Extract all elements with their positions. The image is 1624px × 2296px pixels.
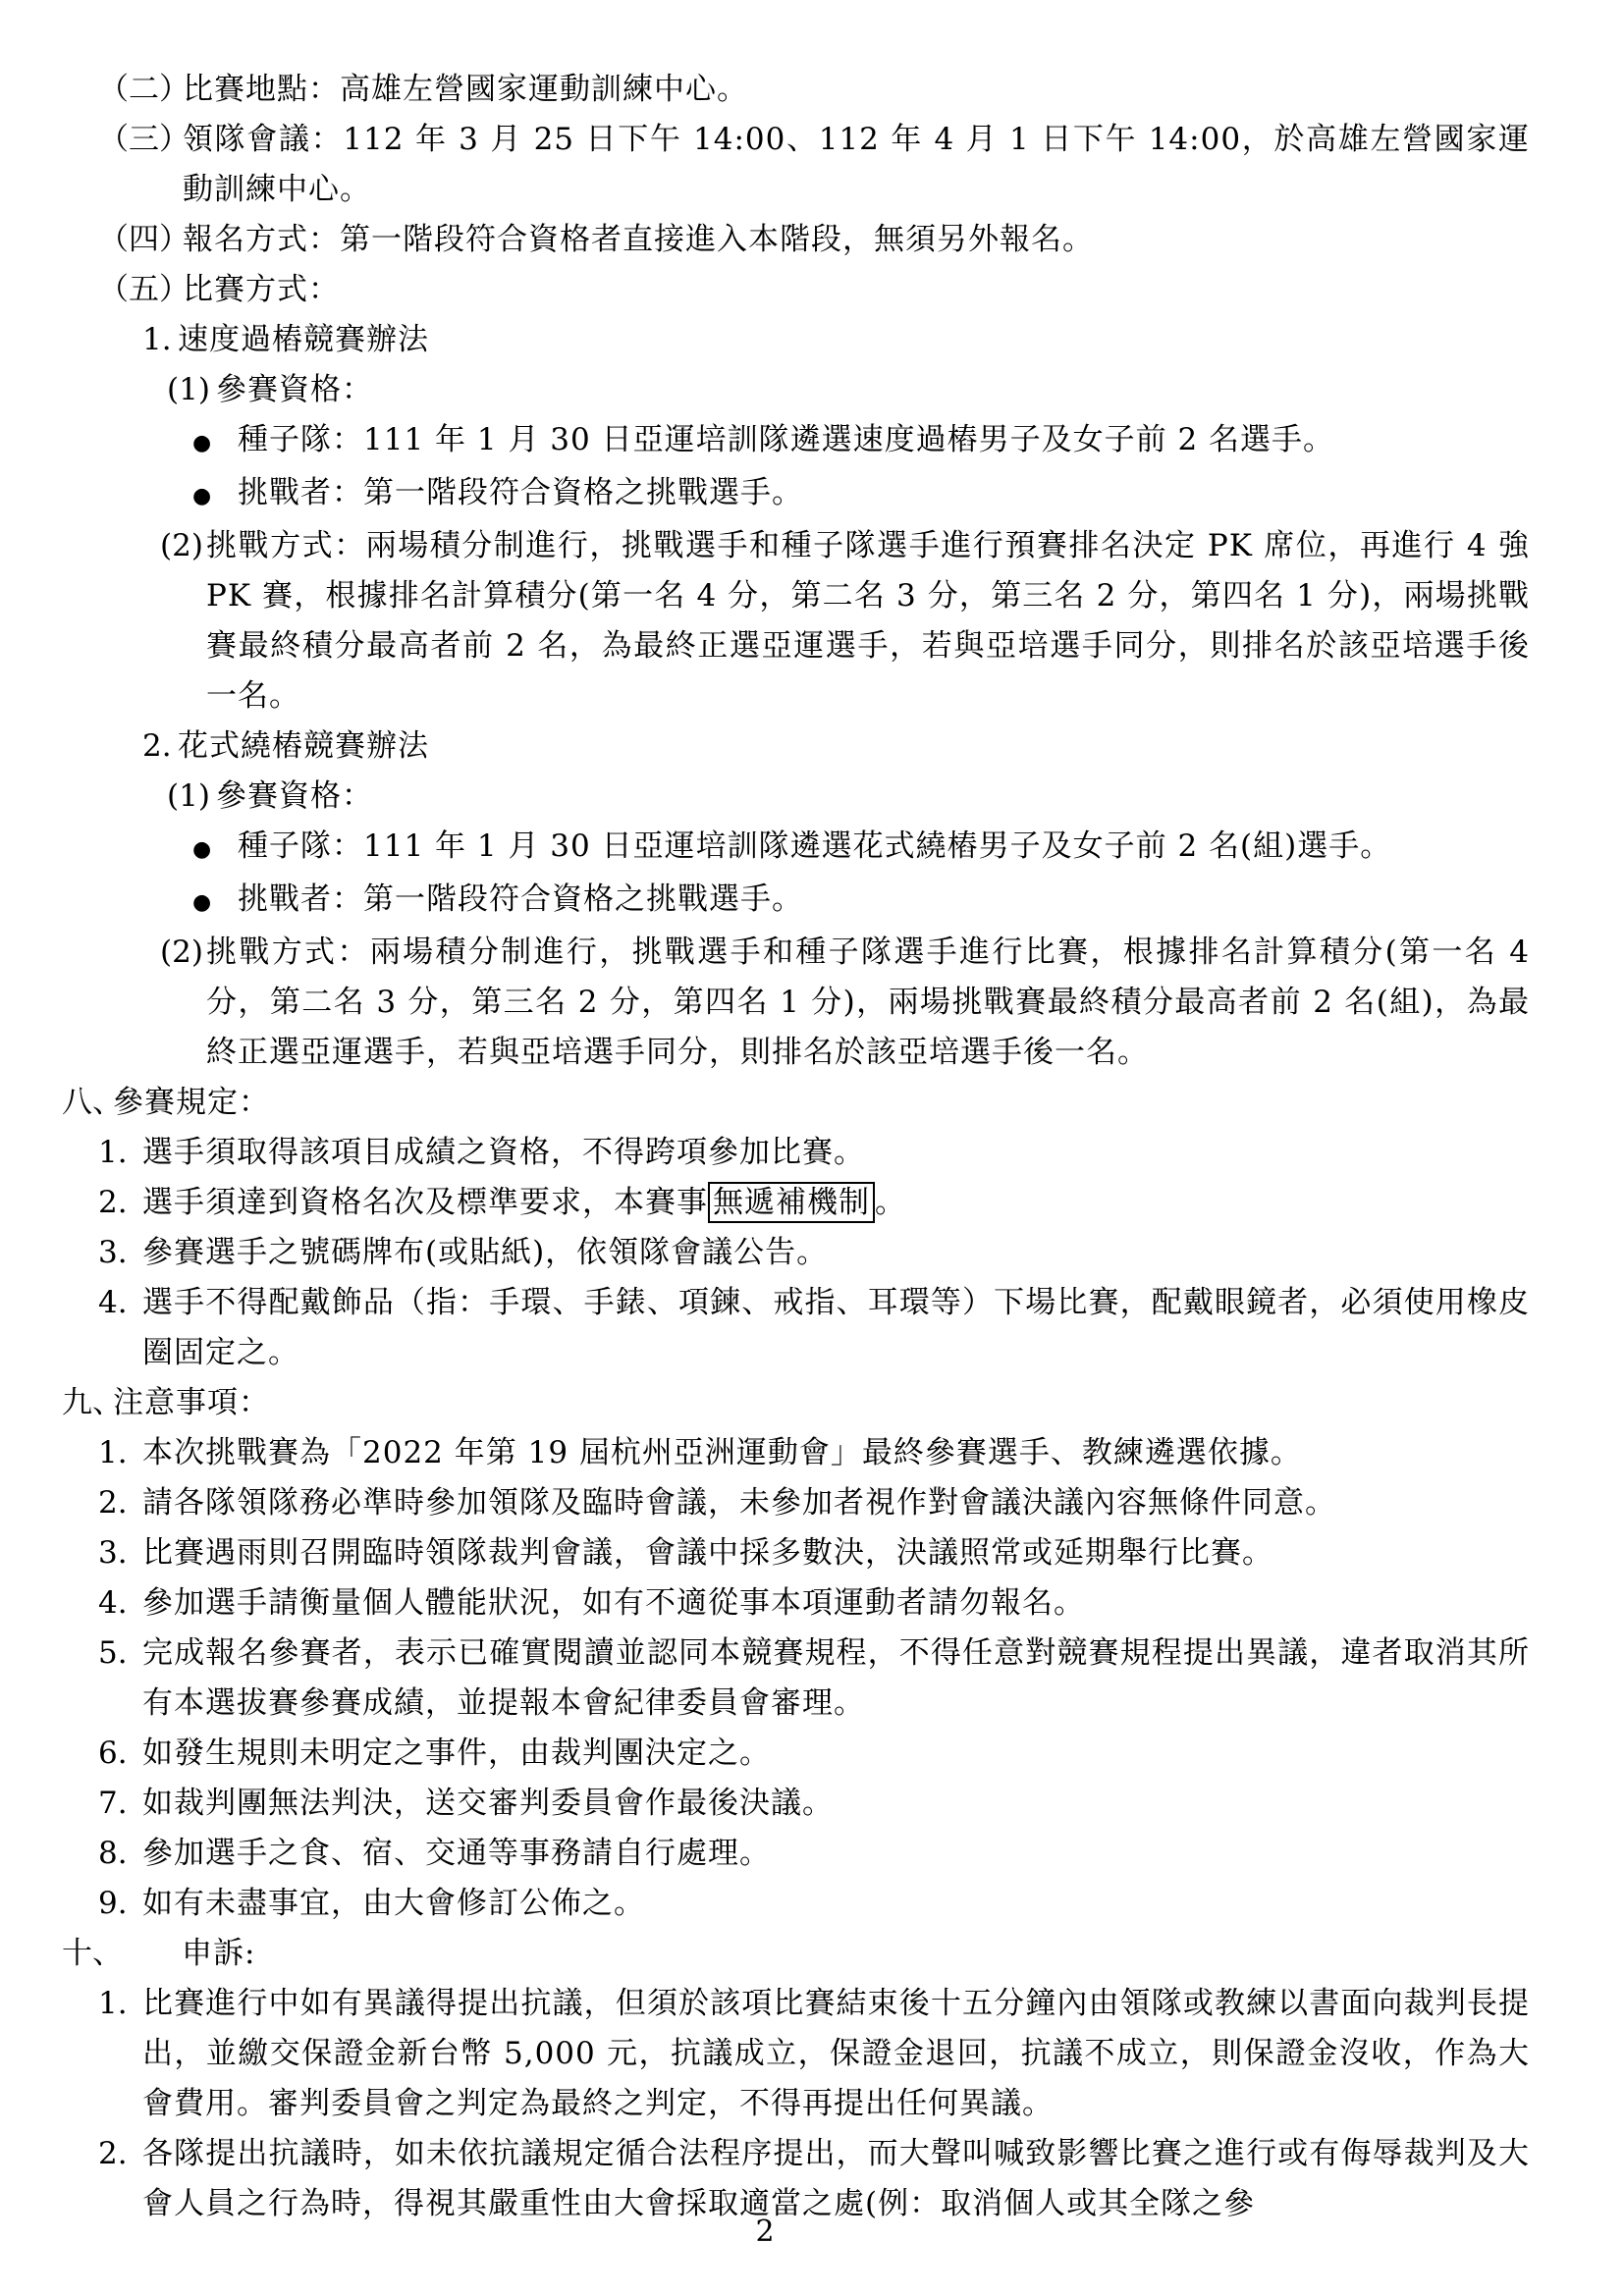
paragraph-text: 比賽遇雨則召開臨時領隊裁判會議，會議中採多數決，決議照常或延期舉行比賽。 — [142, 1528, 1530, 1578]
list-item: 3. 參賽選手之號碼牌布(或貼紙)，依領隊會議公告。 — [0, 1228, 1530, 1278]
paragraph-text: 比賽地點：高雄左營國家運動訓練中心。 — [183, 65, 1530, 115]
list-marker: (1) — [167, 772, 216, 822]
list-marker: 9. — [98, 1879, 142, 1929]
list-marker: 4. — [98, 1578, 142, 1629]
list-item: 4. 選手不得配戴飾品（指：手環、手錶、項鍊、戒指、耳環等）下場比賽，配戴眼鏡者… — [0, 1278, 1530, 1378]
section-heading-appeal: 十、 申訴: — [0, 1929, 1530, 1979]
paragraph-text: 種子隊：111 年 1 月 30 日亞運培訓隊遴選速度過樁男子及女子前 2 名選… — [238, 415, 1530, 465]
bullet-item-seed-team: ● 種子隊：111 年 1 月 30 日亞運培訓隊遴選花式繞樁男子及女子前 2 … — [0, 822, 1530, 875]
list-marker: （三） — [98, 115, 183, 165]
paragraph-text: 參加選手請衡量個人體能狀況，如有不適從事本項運動者請勿報名。 — [142, 1578, 1530, 1629]
list-marker: 7. — [98, 1779, 142, 1829]
list-marker: 1. — [98, 1128, 142, 1178]
list-marker: 4. — [98, 1278, 142, 1328]
list-item: 8. 參加選手之食、宿、交通等事務請自行處理。 — [0, 1829, 1530, 1879]
paragraph-text: 報名方式：第一階段符合資格者直接進入本階段，無須另外報名。 — [183, 215, 1530, 265]
paragraph-text: 參賽選手之號碼牌布(或貼紙)，依領隊會議公告。 — [142, 1228, 1530, 1278]
list-marker: (2) — [160, 928, 206, 978]
list-marker: 3. — [98, 1228, 142, 1278]
list-marker: 2. — [142, 721, 178, 772]
paragraph-text: 選手須達到資格名次及標準要求，本賽事無遞補機制。 — [142, 1178, 1530, 1228]
paragraph-text: 選手須取得該項目成績之資格，不得跨項參加比賽。 — [142, 1128, 1530, 1178]
list-item: 7. 如裁判團無法判決，送交審判委員會作最後決議。 — [0, 1779, 1530, 1829]
paragraph-text: 請各隊領隊務必準時參加領隊及臨時會議，未參加者視作對會議決議內容無條件同意。 — [142, 1478, 1530, 1528]
bullet-icon: ● — [192, 471, 238, 521]
list-marker: 2. — [98, 1178, 142, 1228]
list-item-freestyle-slalom: 2. 花式繞樁競賽辦法 — [0, 721, 1530, 772]
section-marker: 八、 — [62, 1078, 113, 1128]
list-item-meeting: （三） 領隊會議：112 年 3 月 25 日下午 14:00、112 年 4 … — [0, 115, 1530, 215]
list-marker: 6. — [98, 1729, 142, 1779]
list-marker: (2) — [160, 521, 206, 571]
section-title: 注意事項： — [113, 1378, 1530, 1428]
paragraph-text: 領隊會議：112 年 3 月 25 日下午 14:00、112 年 4 月 1 … — [183, 115, 1530, 215]
paragraph-text: 如發生規則未明定之事件，由裁判團決定之。 — [142, 1729, 1530, 1779]
paragraph-text: 速度過樁競賽辦法 — [178, 315, 1530, 365]
list-marker: 5. — [98, 1629, 142, 1679]
list-marker: 3. — [98, 1528, 142, 1578]
text-before-box: 選手須達到資格名次及標準要求，本賽事 — [142, 1185, 708, 1220]
paragraph-text: 種子隊：111 年 1 月 30 日亞運培訓隊遴選花式繞樁男子及女子前 2 名(… — [238, 822, 1530, 872]
section-title: 參賽規定： — [113, 1078, 1530, 1128]
paragraph-text: 花式繞樁競賽辦法 — [178, 721, 1530, 772]
paragraph-text: 如裁判團無法判決，送交審判委員會作最後決議。 — [142, 1779, 1530, 1829]
list-marker: 8. — [98, 1829, 142, 1879]
paragraph-text: 挑戰方式：兩場積分制進行，挑戰選手和種子隊選手進行比賽，根據排名計算積分(第一名… — [206, 928, 1530, 1078]
text-after-box: 。 — [875, 1185, 906, 1220]
list-item-speed-slalom: 1. 速度過樁競賽辦法 — [0, 315, 1530, 365]
paragraph-text: 參賽資格： — [216, 365, 1530, 415]
section-title: 申訴: — [182, 1929, 1530, 1979]
list-marker: 1. — [142, 315, 178, 365]
list-item: 9. 如有未盡事宜，由大會修訂公佈之。 — [0, 1879, 1530, 1929]
list-item: 1. 比賽進行中如有異議得提出抗議，但須於該項比賽結束後十五分鐘內由領隊或教練以… — [0, 1979, 1530, 2129]
section-heading-notes: 九、 注意事項： — [0, 1378, 1530, 1428]
list-item-eligibility: (1) 參賽資格： — [0, 365, 1530, 415]
paragraph-text: 挑戰者：第一階段符合資格之挑戰選手。 — [238, 875, 1530, 925]
section-marker: 十、 — [62, 1929, 182, 1979]
boxed-text: 無遞補機制 — [708, 1182, 875, 1223]
document-page: （二） 比賽地點：高雄左營國家運動訓練中心。 （三） 領隊會議：112 年 3 … — [0, 0, 1624, 2296]
list-item: 5. 完成報名參賽者，表示已確實閱讀並認同本競賽規程，不得任意對競賽規程提出異議… — [0, 1629, 1530, 1729]
list-item-no-substitute: 2. 選手須達到資格名次及標準要求，本賽事無遞補機制。 — [0, 1178, 1530, 1228]
list-item-format: （五） 比賽方式： — [0, 265, 1530, 315]
list-item-registration: （四） 報名方式：第一階段符合資格者直接進入本階段，無須另外報名。 — [0, 215, 1530, 265]
section-heading-rules: 八、 參賽規定： — [0, 1078, 1530, 1128]
paragraph-text: 挑戰方式：兩場積分制進行，挑戰選手和種子隊選手進行預賽排名決定 PK 席位，再進… — [206, 521, 1530, 721]
list-item: 6. 如發生規則未明定之事件，由裁判團決定之。 — [0, 1729, 1530, 1779]
bullet-icon: ● — [192, 418, 238, 468]
list-marker: 2. — [98, 2129, 142, 2179]
list-marker: 1. — [98, 1428, 142, 1478]
bullet-icon: ● — [192, 825, 238, 875]
paragraph-text: 參加選手之食、宿、交通等事務請自行處理。 — [142, 1829, 1530, 1879]
paragraph-text: 比賽方式： — [183, 265, 1530, 315]
bullet-item-challenger: ● 挑戰者：第一階段符合資格之挑戰選手。 — [0, 468, 1530, 521]
list-item-challenge-format: (2) 挑戰方式：兩場積分制進行，挑戰選手和種子隊選手進行預賽排名決定 PK 席… — [0, 521, 1530, 721]
list-item-challenge-format: (2) 挑戰方式：兩場積分制進行，挑戰選手和種子隊選手進行比賽，根據排名計算積分… — [0, 928, 1530, 1078]
bullet-item-seed-team: ● 種子隊：111 年 1 月 30 日亞運培訓隊遴選速度過樁男子及女子前 2 … — [0, 415, 1530, 468]
list-item: 1. 本次挑戰賽為「2022 年第 19 屆杭州亞洲運動會」最終參賽選手、教練遴… — [0, 1428, 1530, 1478]
list-marker: （二） — [98, 65, 183, 115]
list-item: 2. 請各隊領隊務必準時參加領隊及臨時會議，未參加者視作對會議決議內容無條件同意… — [0, 1478, 1530, 1528]
list-item-eligibility: (1) 參賽資格： — [0, 772, 1530, 822]
paragraph-text: 挑戰者：第一階段符合資格之挑戰選手。 — [238, 468, 1530, 518]
paragraph-text: 完成報名參賽者，表示已確實閱讀並認同本競賽規程，不得任意對競賽規程提出異議，違者… — [142, 1629, 1530, 1729]
paragraph-text: 本次挑戰賽為「2022 年第 19 屆杭州亞洲運動會」最終參賽選手、教練遴選依據… — [142, 1428, 1530, 1478]
list-marker: （五） — [98, 265, 183, 315]
list-marker: (1) — [167, 365, 216, 415]
paragraph-text: 參賽資格： — [216, 772, 1530, 822]
list-item-venue: （二） 比賽地點：高雄左營國家運動訓練中心。 — [0, 65, 1530, 115]
list-item: 4. 參加選手請衡量個人體能狀況，如有不適從事本項運動者請勿報名。 — [0, 1578, 1530, 1629]
list-marker: 2. — [98, 1478, 142, 1528]
list-marker: 1. — [98, 1979, 142, 2029]
bullet-item-challenger: ● 挑戰者：第一階段符合資格之挑戰選手。 — [0, 875, 1530, 928]
paragraph-text: 如有未盡事宜，由大會修訂公佈之。 — [142, 1879, 1530, 1929]
section-marker: 九、 — [62, 1378, 113, 1428]
list-marker: （四） — [98, 215, 183, 265]
page-number: 2 — [0, 2207, 1530, 2257]
bullet-icon: ● — [192, 878, 238, 928]
paragraph-text: 比賽進行中如有異議得提出抗議，但須於該項比賽結束後十五分鐘內由領隊或教練以書面向… — [142, 1979, 1530, 2129]
paragraph-text: 選手不得配戴飾品（指：手環、手錶、項鍊、戒指、耳環等）下場比賽，配戴眼鏡者，必須… — [142, 1278, 1530, 1378]
list-item: 1. 選手須取得該項目成績之資格，不得跨項參加比賽。 — [0, 1128, 1530, 1178]
list-item: 3. 比賽遇雨則召開臨時領隊裁判會議，會議中採多數決，決議照常或延期舉行比賽。 — [0, 1528, 1530, 1578]
